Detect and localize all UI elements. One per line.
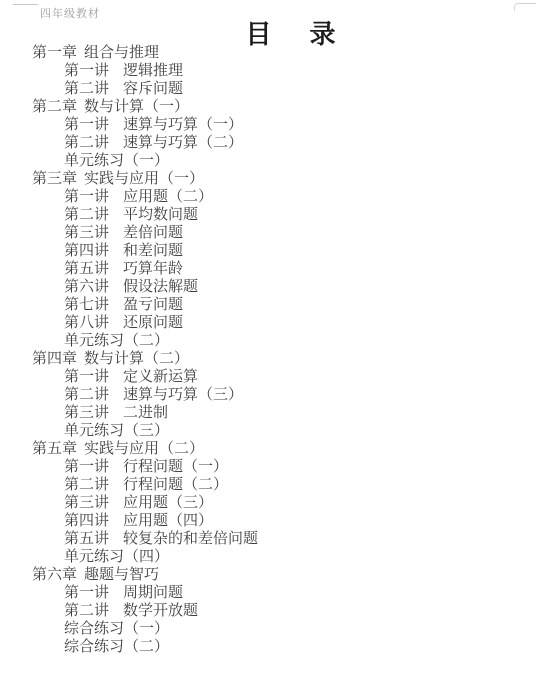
toc-entry: 第一讲应用题（二） [0,188,536,206]
toc-entry-label: 第四讲 [64,512,109,530]
toc-entry-label: 第一讲 [64,458,109,476]
toc-entry: 第五章实践与应用（二） [0,440,536,458]
toc-entry: 第二章数与计算（一） [0,98,536,116]
toc-entry-label: 第二讲 [64,134,109,152]
toc-entry: 第八讲还原问题 [0,314,536,332]
toc-entry-title: 速算与巧算（二） [123,134,243,152]
toc-entry-title: 假设法解题 [123,278,198,296]
toc-entry-title: 数学开放题 [123,602,198,620]
toc-entry: 第四讲和差问题 [0,242,536,260]
toc-entry-title: 行程问题（一） [123,458,228,476]
toc-entry-label: 第七讲 [64,296,109,314]
toc-entry: 单元练习（二） [0,332,536,350]
toc-entry-label: 第一讲 [64,368,109,386]
toc-entry-label: 第五讲 [64,530,109,548]
page-edge-line-left [13,4,38,5]
toc-entry-label: 第一章 [32,44,77,62]
toc-entry: 第二讲数学开放题 [0,602,536,620]
page-edge-corner-right [514,3,536,11]
toc-entry: 单元练习（四） [0,548,536,566]
toc-entry: 第二讲平均数问题 [0,206,536,224]
toc-entry-label: 第六章 [32,566,77,584]
toc-entry: 第二讲容斥问题 [0,80,536,98]
toc-entry: 单元练习（一） [0,152,536,170]
toc-entry: 第六讲假设法解题 [0,278,536,296]
toc-entry-title: 应用题（三） [123,494,213,512]
toc-entry: 第四章数与计算（二） [0,350,536,368]
toc-entry: 第一讲定义新运算 [0,368,536,386]
toc-entry-title: 组合与推理 [84,44,159,62]
toc-list: 第一章组合与推理第一讲逻辑推理第二讲容斥问题第二章数与计算（一）第一讲速算与巧算… [0,44,536,656]
toc-entry-label: 第一讲 [64,188,109,206]
toc-entry: 第一讲逻辑推理 [0,62,536,80]
toc-entry-label: 第一讲 [64,116,109,134]
toc-entry-title: 单元练习（二） [64,332,169,350]
toc-entry-title: 周期问题 [123,584,183,602]
toc-entry: 第四讲应用题（四） [0,512,536,530]
toc-entry-title: 平均数问题 [123,206,198,224]
toc-entry: 第三章实践与应用（一） [0,170,536,188]
toc-entry: 第六章趣题与智巧 [0,566,536,584]
toc-entry-title: 数与计算（一） [84,98,189,116]
toc-entry-title: 速算与巧算（一） [123,116,243,134]
toc-entry-title: 单元练习（一） [64,152,169,170]
toc-entry-title: 较复杂的和差倍问题 [123,530,258,548]
toc-entry-label: 第三讲 [64,404,109,422]
toc-entry-label: 第二讲 [64,476,109,494]
toc-entry: 第五讲巧算年龄 [0,260,536,278]
toc-entry: 综合练习（二） [0,638,536,656]
toc-entry: 第三讲差倍问题 [0,224,536,242]
toc-entry-title: 速算与巧算（三） [123,386,243,404]
toc-entry-label: 第四章 [32,350,77,368]
toc-entry-title: 还原问题 [123,314,183,332]
toc-entry: 第二讲速算与巧算（三） [0,386,536,404]
toc-entry-title: 应用题（四） [123,512,213,530]
toc-entry: 单元练习（三） [0,422,536,440]
toc-entry-title: 实践与应用（二） [84,440,204,458]
toc-entry-label: 第二讲 [64,206,109,224]
toc-entry-title: 单元练习（四） [64,548,169,566]
toc-entry: 第七讲盈亏问题 [0,296,536,314]
toc-entry-title: 容斥问题 [123,80,183,98]
toc-entry-title: 逻辑推理 [123,62,183,80]
toc-entry: 第一讲速算与巧算（一） [0,116,536,134]
toc-entry-label: 第一讲 [64,62,109,80]
toc-entry-label: 第一讲 [64,584,109,602]
toc-entry-title: 定义新运算 [123,368,198,386]
toc-entry-title: 和差问题 [123,242,183,260]
toc-entry-title: 综合练习（一） [64,620,169,638]
toc-entry-title: 巧算年龄 [123,260,183,278]
toc-entry-label: 第四讲 [64,242,109,260]
toc-entry-title: 数与计算（二） [84,350,189,368]
scanned-page: 四年级教材 目录 第一章组合与推理第一讲逻辑推理第二讲容斥问题第二章数与计算（一… [0,0,536,693]
toc-entry-label: 第三讲 [64,494,109,512]
toc-entry-label: 第五章 [32,440,77,458]
toc-entry: 第一讲行程问题（一） [0,458,536,476]
toc-entry-title: 综合练习（二） [64,638,169,656]
toc-entry-label: 第三章 [32,170,77,188]
toc-entry-title: 行程问题（二） [123,476,228,494]
toc-entry-label: 第二讲 [64,80,109,98]
toc-entry: 第三讲应用题（三） [0,494,536,512]
toc-entry-label: 第二讲 [64,602,109,620]
toc-entry: 第二讲行程问题（二） [0,476,536,494]
toc-entry: 综合练习（一） [0,620,536,638]
toc-entry-label: 第八讲 [64,314,109,332]
toc-entry-label: 第二章 [32,98,77,116]
toc-entry-label: 第三讲 [64,224,109,242]
toc-entry: 第五讲较复杂的和差倍问题 [0,530,536,548]
toc-entry-title: 二进制 [123,404,168,422]
toc-entry: 第一讲周期问题 [0,584,536,602]
toc-entry-title: 应用题（二） [123,188,213,206]
toc-entry-label: 第六讲 [64,278,109,296]
toc-entry-label: 第五讲 [64,260,109,278]
toc-entry-label: 第二讲 [64,386,109,404]
toc-entry-title: 趣题与智巧 [84,566,159,584]
toc-entry: 第三讲二进制 [0,404,536,422]
toc-entry-title: 单元练习（三） [64,422,169,440]
toc-entry-title: 实践与应用（一） [84,170,204,188]
toc-entry-title: 盈亏问题 [123,296,183,314]
toc-entry: 第一章组合与推理 [0,44,536,62]
toc-entry-title: 差倍问题 [123,224,183,242]
toc-entry: 第二讲速算与巧算（二） [0,134,536,152]
